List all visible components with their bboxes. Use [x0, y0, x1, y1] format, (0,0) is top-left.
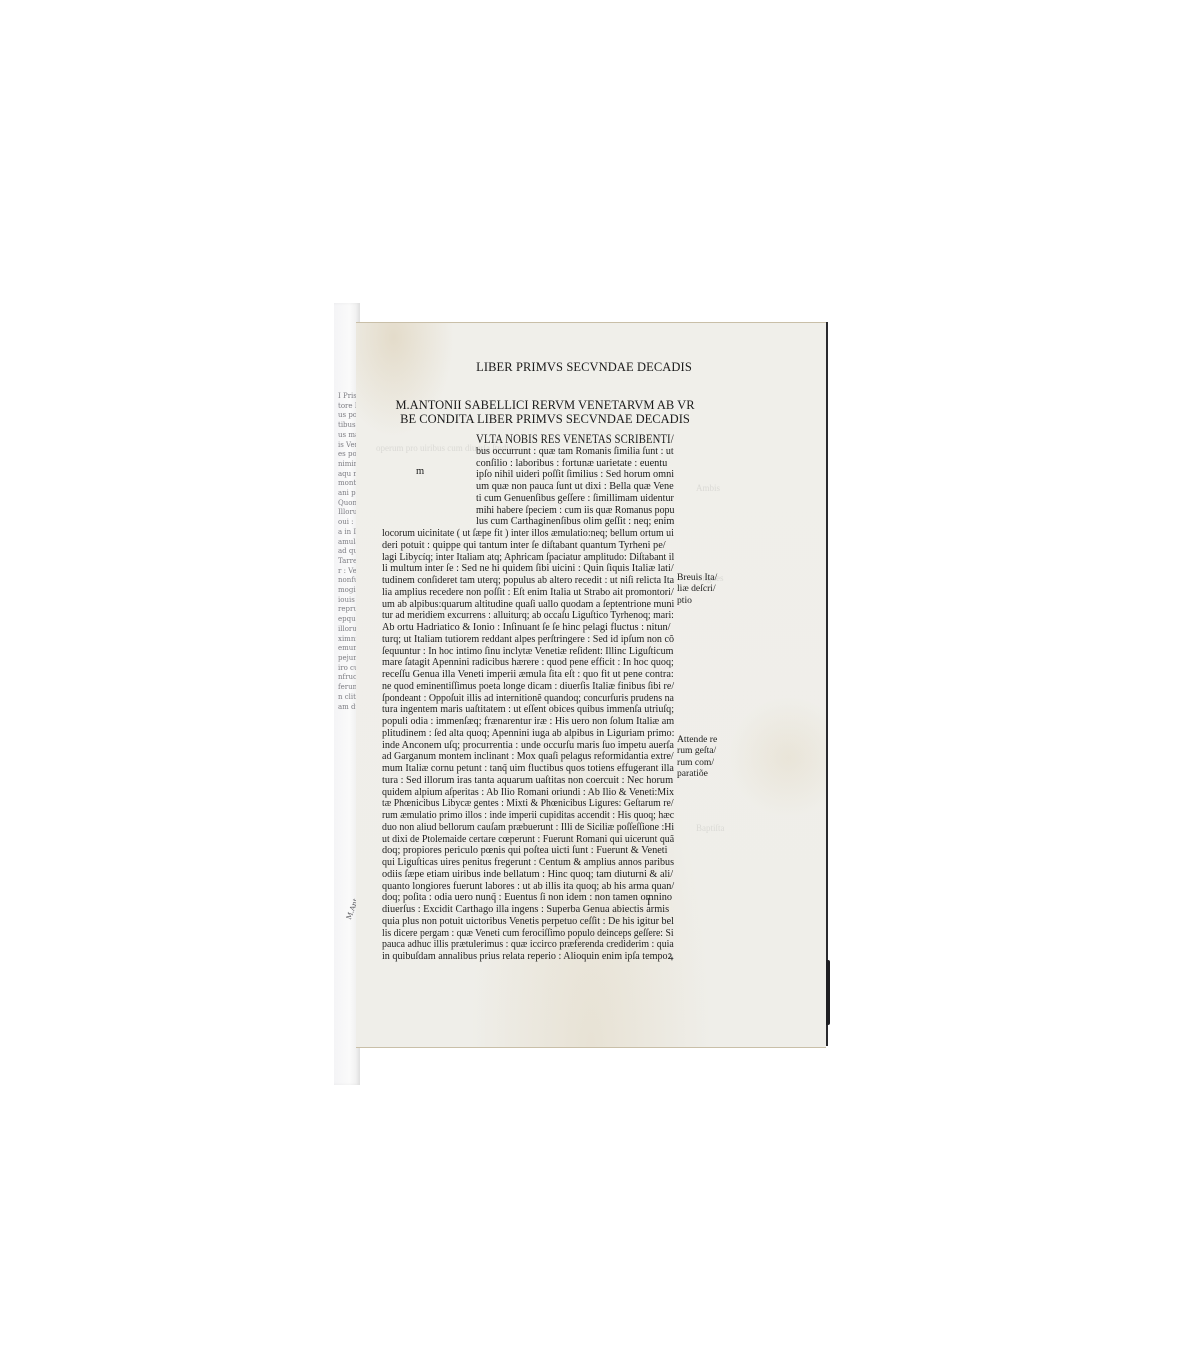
text-line: li multum inter ſe : Sed ne hi quidem ſi…	[382, 563, 673, 575]
text-line: receſſu Genua illa Veneti imperii æmula …	[382, 669, 674, 681]
left-leaf-line: ani pom	[338, 489, 356, 499]
left-leaf-line: a in Illo	[338, 528, 356, 538]
text-line: ad Garganum montem inclinant : Mox quaſi…	[382, 751, 666, 763]
left-leaf-line: I Pris	[338, 392, 356, 402]
text-line: um quæ non pauca ſunt ut dixi : Bella qu…	[382, 481, 674, 493]
left-leaf-line: illorum ali	[338, 625, 356, 635]
body-text: VLTA NOBIS RES VENETAS SCRIBENTI/bus occ…	[382, 434, 674, 963]
text-line: tura : Sed illorum iras tanta aquarum ua…	[382, 775, 674, 787]
left-leaf-line: es pop	[338, 450, 356, 460]
text-line: um ab alpibus:quarum altitudine quaſi ua…	[382, 599, 668, 611]
left-leaf-line: iro cuiur	[338, 664, 356, 674]
left-leaf-text: I Pristore I.us poptibus I.us mais Venee…	[338, 392, 356, 712]
text-line: ti cum Genuenſibus geſſere : ſimillimam …	[384, 493, 670, 505]
left-leaf-line: reprui cl	[338, 605, 356, 615]
catchword: I	[647, 897, 651, 908]
left-leaf-line: nonfu.N	[338, 576, 356, 586]
margin-note-line: ptio	[677, 595, 717, 606]
text-line: pauca adhuc illis prætulerimus : quæ icc…	[382, 939, 663, 951]
text-line: tudinem conſideret tam uterq; populus ab…	[382, 575, 666, 587]
left-leaf-line: us pop	[338, 411, 356, 421]
text-line: quanto longiores fuerunt labores : ut ab…	[382, 881, 672, 893]
left-leaf-line: Tarrebu	[338, 557, 356, 567]
text-line: doq; poſita : odia uero nunq̃ : Euentus …	[382, 892, 674, 904]
left-leaf-line: oui : ma	[338, 518, 356, 528]
left-leaf-line: mogiflim	[338, 586, 356, 596]
left-leaf-line: iouis sub	[338, 596, 356, 606]
left-leaf-line: is Vene	[338, 441, 356, 451]
title-line: M.ANTONII SABELLICI RERVM VENETARVM AB V…	[395, 398, 695, 412]
left-leaf-line: epquam	[338, 615, 356, 625]
text-line: duo non aliud bellorum cauſam præbuerunt…	[382, 822, 663, 834]
text-line: ne quod eminentiſſimus poeta longe dicam…	[382, 681, 665, 693]
left-leaf-line: Quonia	[338, 499, 356, 509]
left-leaf-line: nimine	[338, 460, 356, 470]
left-leaf-line: us ma	[338, 431, 356, 441]
text-line: doq; propiores periculo pœnis qui poſtea…	[382, 845, 674, 857]
left-leaf-line: pejum in	[338, 654, 356, 664]
text-line: conſilio : laboribus : fortunæ uarietate…	[382, 458, 674, 470]
text-line: ſequuntur : In hoc intimo ſinu inclytæ V…	[382, 646, 666, 658]
text-line: odiis ſæpe etiam uiribus inde bellatum :…	[382, 869, 674, 881]
left-leaf-line: monten	[338, 479, 356, 489]
margin-note-line: rum com/	[677, 757, 717, 768]
text-line: turq; ut Italiam tutiorem reddant alpes …	[382, 634, 668, 646]
text-line: quidem alpium aſperitas : Ab Ilio Romani…	[382, 787, 666, 799]
margin-note-line: paratiõe	[677, 768, 717, 779]
running-head: LIBER PRIMVS SECVNDAE DECADIS	[454, 360, 714, 375]
text-line: rum æmulatio primo illos : inde imperii …	[382, 810, 660, 822]
text-line: tura ingentem maris uaſtitatem : ut eſſe…	[382, 704, 668, 716]
page-edge	[826, 322, 828, 1046]
text-line: tæ Phœnicibus Libycæ gentes : Mixti & Ph…	[382, 798, 660, 810]
text-line: qui Liguſticas uires penitus fregerunt :…	[382, 857, 668, 869]
text-line: locorum uicinitate ( ut ſæpe fit ) inter…	[382, 528, 663, 540]
text-line: lagi Libycíq; inter Italiam atq; Aphrica…	[382, 552, 664, 564]
left-leaf-line: ximnis qui	[338, 635, 356, 645]
left-leaf-line: Illorum	[338, 508, 356, 518]
margin-note-comparison: Attende re rum geſta/ rum com/ paratiõe	[677, 734, 717, 780]
text-line: mihi habere ſpeciem : cum iis quæ Romanu…	[386, 505, 667, 517]
left-leaf-line: n clitulo	[338, 693, 356, 703]
left-leaf-line: tibus I.	[338, 421, 356, 431]
text-line: ut dixi de Ptolemaide certare cœperunt :…	[382, 834, 663, 846]
text-line: mum Italiæ cornu petunt : tanq̃ uim fluc…	[382, 763, 669, 775]
text-line: plitudinem : ſed alta quoq; Apennini iug…	[382, 728, 671, 740]
left-leaf-line: aqu ma	[338, 470, 356, 480]
left-leaf-line: amulati	[338, 538, 356, 548]
text-line: quia plus non potuit uictoribus Venetis …	[382, 916, 671, 928]
left-leaf-line: r : Veliu	[338, 567, 356, 577]
margin-note-line: liæ deſcri/	[677, 583, 717, 594]
chapter-title: M.ANTONII SABELLICI RERVM VENETARVM AB V…	[395, 398, 695, 426]
text-line: diuerſus : Excidit Carthago illa ingens …	[382, 904, 674, 916]
text-line: VLTA NOBIS RES VENETAS SCRIBENTI/	[394, 434, 649, 446]
text-line: in quibuſdam annalibus prius relata repe…	[382, 951, 669, 963]
left-leaf-line: tore I.	[338, 402, 356, 412]
text-line: mare ſatagit Apennini radicibus hærere :…	[382, 657, 668, 669]
margin-note-line: Breuis Ita/	[677, 572, 717, 583]
left-leaf-line: nfrucis	[338, 673, 356, 683]
text-line: lis dicere pergam : quæ Veneti cum feroc…	[382, 928, 659, 940]
margin-note-line: rum geſta/	[677, 745, 717, 756]
margin-note-italy-description: Breuis Ita/ liæ deſcri/ ptio	[677, 572, 717, 606]
book-cover-edge	[826, 960, 830, 1025]
text-line: lus cum Carthaginenſibus olim geſſit : n…	[382, 516, 673, 528]
text-line: deri potuit : quippe qui tantum inter ſe…	[382, 540, 674, 552]
text-line: tur ad meridiem excurrens : alluiturq; a…	[382, 610, 661, 622]
title-line: BE CONDITA LIBER PRIMVS SECVNDAE DECADIS	[395, 412, 695, 426]
left-leaf-line: emum se	[338, 644, 356, 654]
text-line: ipſo nihil uideri poſſit ſimilius : Sed …	[382, 469, 673, 481]
text-line: populi odia : immenſæq; frænarentur iræ …	[382, 716, 670, 728]
text-line: bus occurrunt : quæ tam Romanis ſimilia …	[384, 446, 669, 458]
text-line: Ab ortu Hadriatico & Ionio : Inſinuant ſ…	[382, 622, 674, 634]
text-line: inde Anconem uſq; procurrentia : unde oc…	[382, 740, 673, 752]
left-leaf-line: ad quem	[338, 547, 356, 557]
margin-note-line: Attende re	[677, 734, 717, 745]
text-line: lia amplius recedere non poſſit : Eſt en…	[382, 587, 669, 599]
left-leaf-line: am duch	[338, 703, 356, 713]
left-leaf-line: ferunt	[338, 683, 356, 693]
text-line: ſpondeant : Oppoſuit illis ad internitio…	[382, 693, 663, 705]
